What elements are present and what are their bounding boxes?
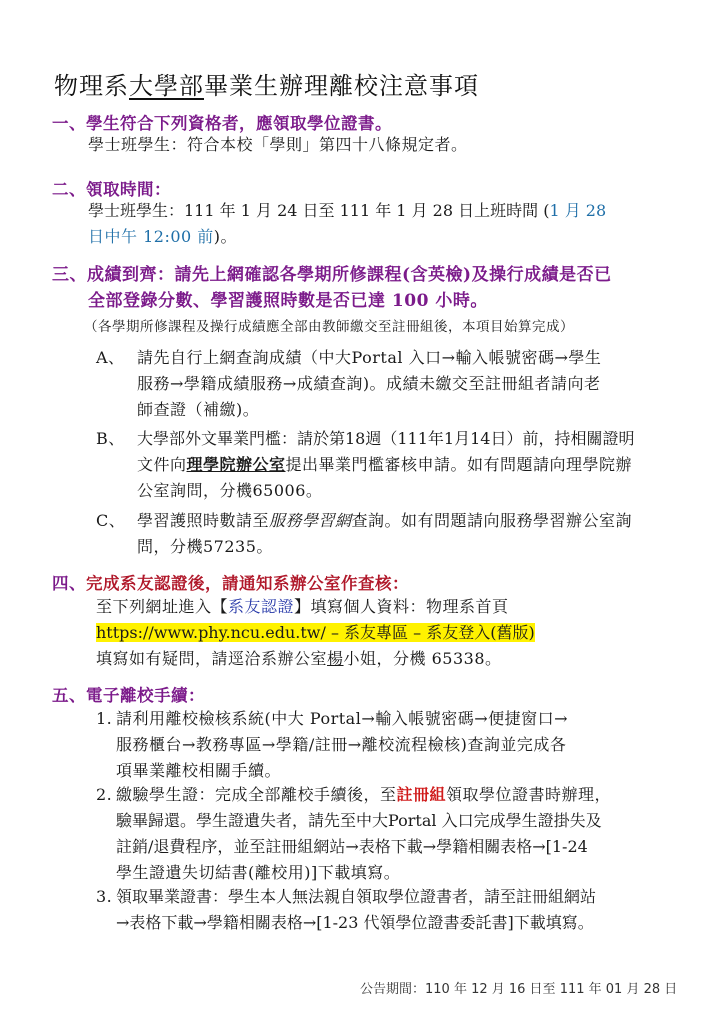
item-2-line: 學生證遺失切結書(離校用)]下載填寫。 (116, 860, 400, 886)
item-b-label: B、 (96, 426, 125, 452)
item-a-line: 師查證（補繳)。 (137, 397, 259, 423)
item-3-label: 3. (96, 884, 112, 910)
contact-surname: 楊 (327, 649, 344, 668)
item-a-line: 服務→學籍成績服務→成績查詢)。成績未繳交至註冊組者請向老 (137, 371, 601, 397)
section-number: 四、 (52, 574, 86, 593)
phy-url-link[interactable]: https://www.phy.ncu.edu.tw/ – 系友專區 – 系友登… (96, 623, 535, 642)
section-2-line-1: 學士班學生：111 年 1 月 24 日至 111 年 1 月 28 日上班時間… (88, 198, 606, 224)
title-underlined: 大學部 (129, 72, 204, 100)
alumni-cert-link[interactable]: 系友認證 (228, 597, 294, 616)
text: 領取學位證書時辦理， (446, 785, 611, 804)
document-page: 物理系大學部畢業生辦理離校注意事項 一、學生符合下列資格者，應領取學位證書。 學… (0, 0, 724, 1024)
section-4-line-3: 填寫如有疑問，請逕洽系辦公室楊小姐，分機 65338。 (96, 646, 502, 672)
item-2-label: 2. (96, 782, 112, 808)
text: 查詢。如有問題請向服務學習辦公室詢 (352, 511, 633, 530)
item-3-line: →表格下載→學籍相關表格→[1-23 代領學位證書委託書]下載填寫。 (116, 910, 594, 936)
text: 學士班學生：111 年 1 月 24 日至 111 年 1 月 28 日上班時間… (88, 201, 549, 220)
deadline-text: 日中午 12:00 前 (88, 227, 214, 246)
section-4-line-1: 至下列網址進入【系友認證】填寫個人資料：物理系首頁 (96, 594, 509, 620)
section-4-line-2: https://www.phy.ncu.edu.tw/ – 系友專區 – 系友登… (96, 620, 535, 646)
text: 小姐，分機 65338。 (344, 649, 502, 668)
item-a-line: 請先自行上網查詢成績（中大Portal 入口→輸入帳號密碼→學生 (137, 345, 601, 371)
section-2-line-2: 日中午 12:00 前)。 (88, 224, 237, 250)
section-2-heading: 二、領取時間： (52, 176, 171, 200)
announcement-period: 公告期間：110 年 12 月 16 日至 111 年 01 月 28 日 (360, 978, 677, 997)
section-1-line: 學士班學生：符合本校「學則」第四十八條規定者。 (88, 132, 468, 158)
title-text: 物理系 (54, 72, 129, 100)
item-b-line: 公室詢問，分機65006。 (137, 478, 322, 504)
item-1-label: 1. (96, 706, 112, 732)
text: 填寫如有疑問，請逕洽系辦公室 (96, 649, 327, 668)
deadline-text: 1 月 28 (549, 201, 606, 220)
text: 】填寫個人資料：物理系首頁 (294, 597, 509, 616)
item-2-line: 註銷/退費程序，並至註冊組網站→表格下載→學籍相關表格→[1-24 (116, 834, 588, 860)
text: 提出畢業門檻審核申請。如有問題請向理學院辦 (286, 455, 633, 474)
service-learning-site: 服務學習網 (269, 511, 352, 530)
text: 至下列網址進入【 (96, 597, 228, 616)
section-3-heading-2: 全部登錄分數、學習護照時數是否已達 100 小時。 (88, 286, 488, 311)
item-1-line: 服務櫃台→教務專區→學籍/註冊→離校流程檢核)查詢並完成各 (116, 732, 566, 758)
registrar-office: 註冊組 (397, 785, 447, 804)
item-2-line: 繳驗學生證：完成全部離校手續後，至註冊組領取學位證書時辦理， (116, 782, 611, 808)
item-b-line: 文件向理學院辦公室提出畢業門檻審核申請。如有問題請向理學院辦 (137, 452, 632, 478)
section-1-heading: 一、學生符合下列資格者，應領取學位證書。 (52, 110, 392, 134)
text: 文件向 (137, 455, 187, 474)
section-3-heading-1: 三、成績到齊：請先上網確認各學期所修課程(含英檢)及操行成績是否已 (52, 260, 612, 285)
item-3-line: 領取畢業證書：學生本人無法親自領取學位證書者，請至註冊組網站 (116, 884, 596, 910)
section-5-heading: 五、電子離校手續： (52, 682, 205, 706)
item-a-label: A、 (96, 345, 125, 371)
office-name: 理學院辦公室 (187, 455, 286, 474)
text: 繳驗學生證：完成全部離校手續後，至 (116, 785, 397, 804)
item-c-line: 學習護照時數請至服務學習網查詢。如有問題請向服務學習辦公室詢 (137, 508, 632, 534)
section-4-heading: 四、完成系友認證後，請通知系辦公室作查核： (52, 570, 409, 594)
page-title: 物理系大學部畢業生辦理離校注意事項 (54, 66, 479, 101)
title-text: 畢業生辦理離校注意事項 (204, 72, 479, 100)
item-1-line: 項畢業離校相關手續。 (116, 758, 281, 784)
item-2-line: 驗畢歸還。學生證遺失者，請先至中大Portal 入口完成學生證掛失及 (116, 808, 602, 834)
item-b-line: 大學部外文畢業門檻：請於第18週（111年1月14日）前，持相關證明 (137, 426, 634, 452)
item-1-line: 請利用離校檢核系統(中大 Portal→輸入帳號密碼→便捷窗口→ (116, 706, 568, 732)
item-c-label: C、 (96, 508, 125, 534)
text: )。 (214, 227, 237, 246)
heading-text: 完成系友認證後，請通知系辦公室作查核： (86, 574, 409, 593)
section-3-note: （各學期所修課程及操行成績應全部由教師繳交至註冊組後，本項目始算完成） (84, 314, 574, 340)
text: 學習護照時數請至 (137, 511, 269, 530)
item-c-line: 問，分機57235。 (137, 534, 273, 560)
